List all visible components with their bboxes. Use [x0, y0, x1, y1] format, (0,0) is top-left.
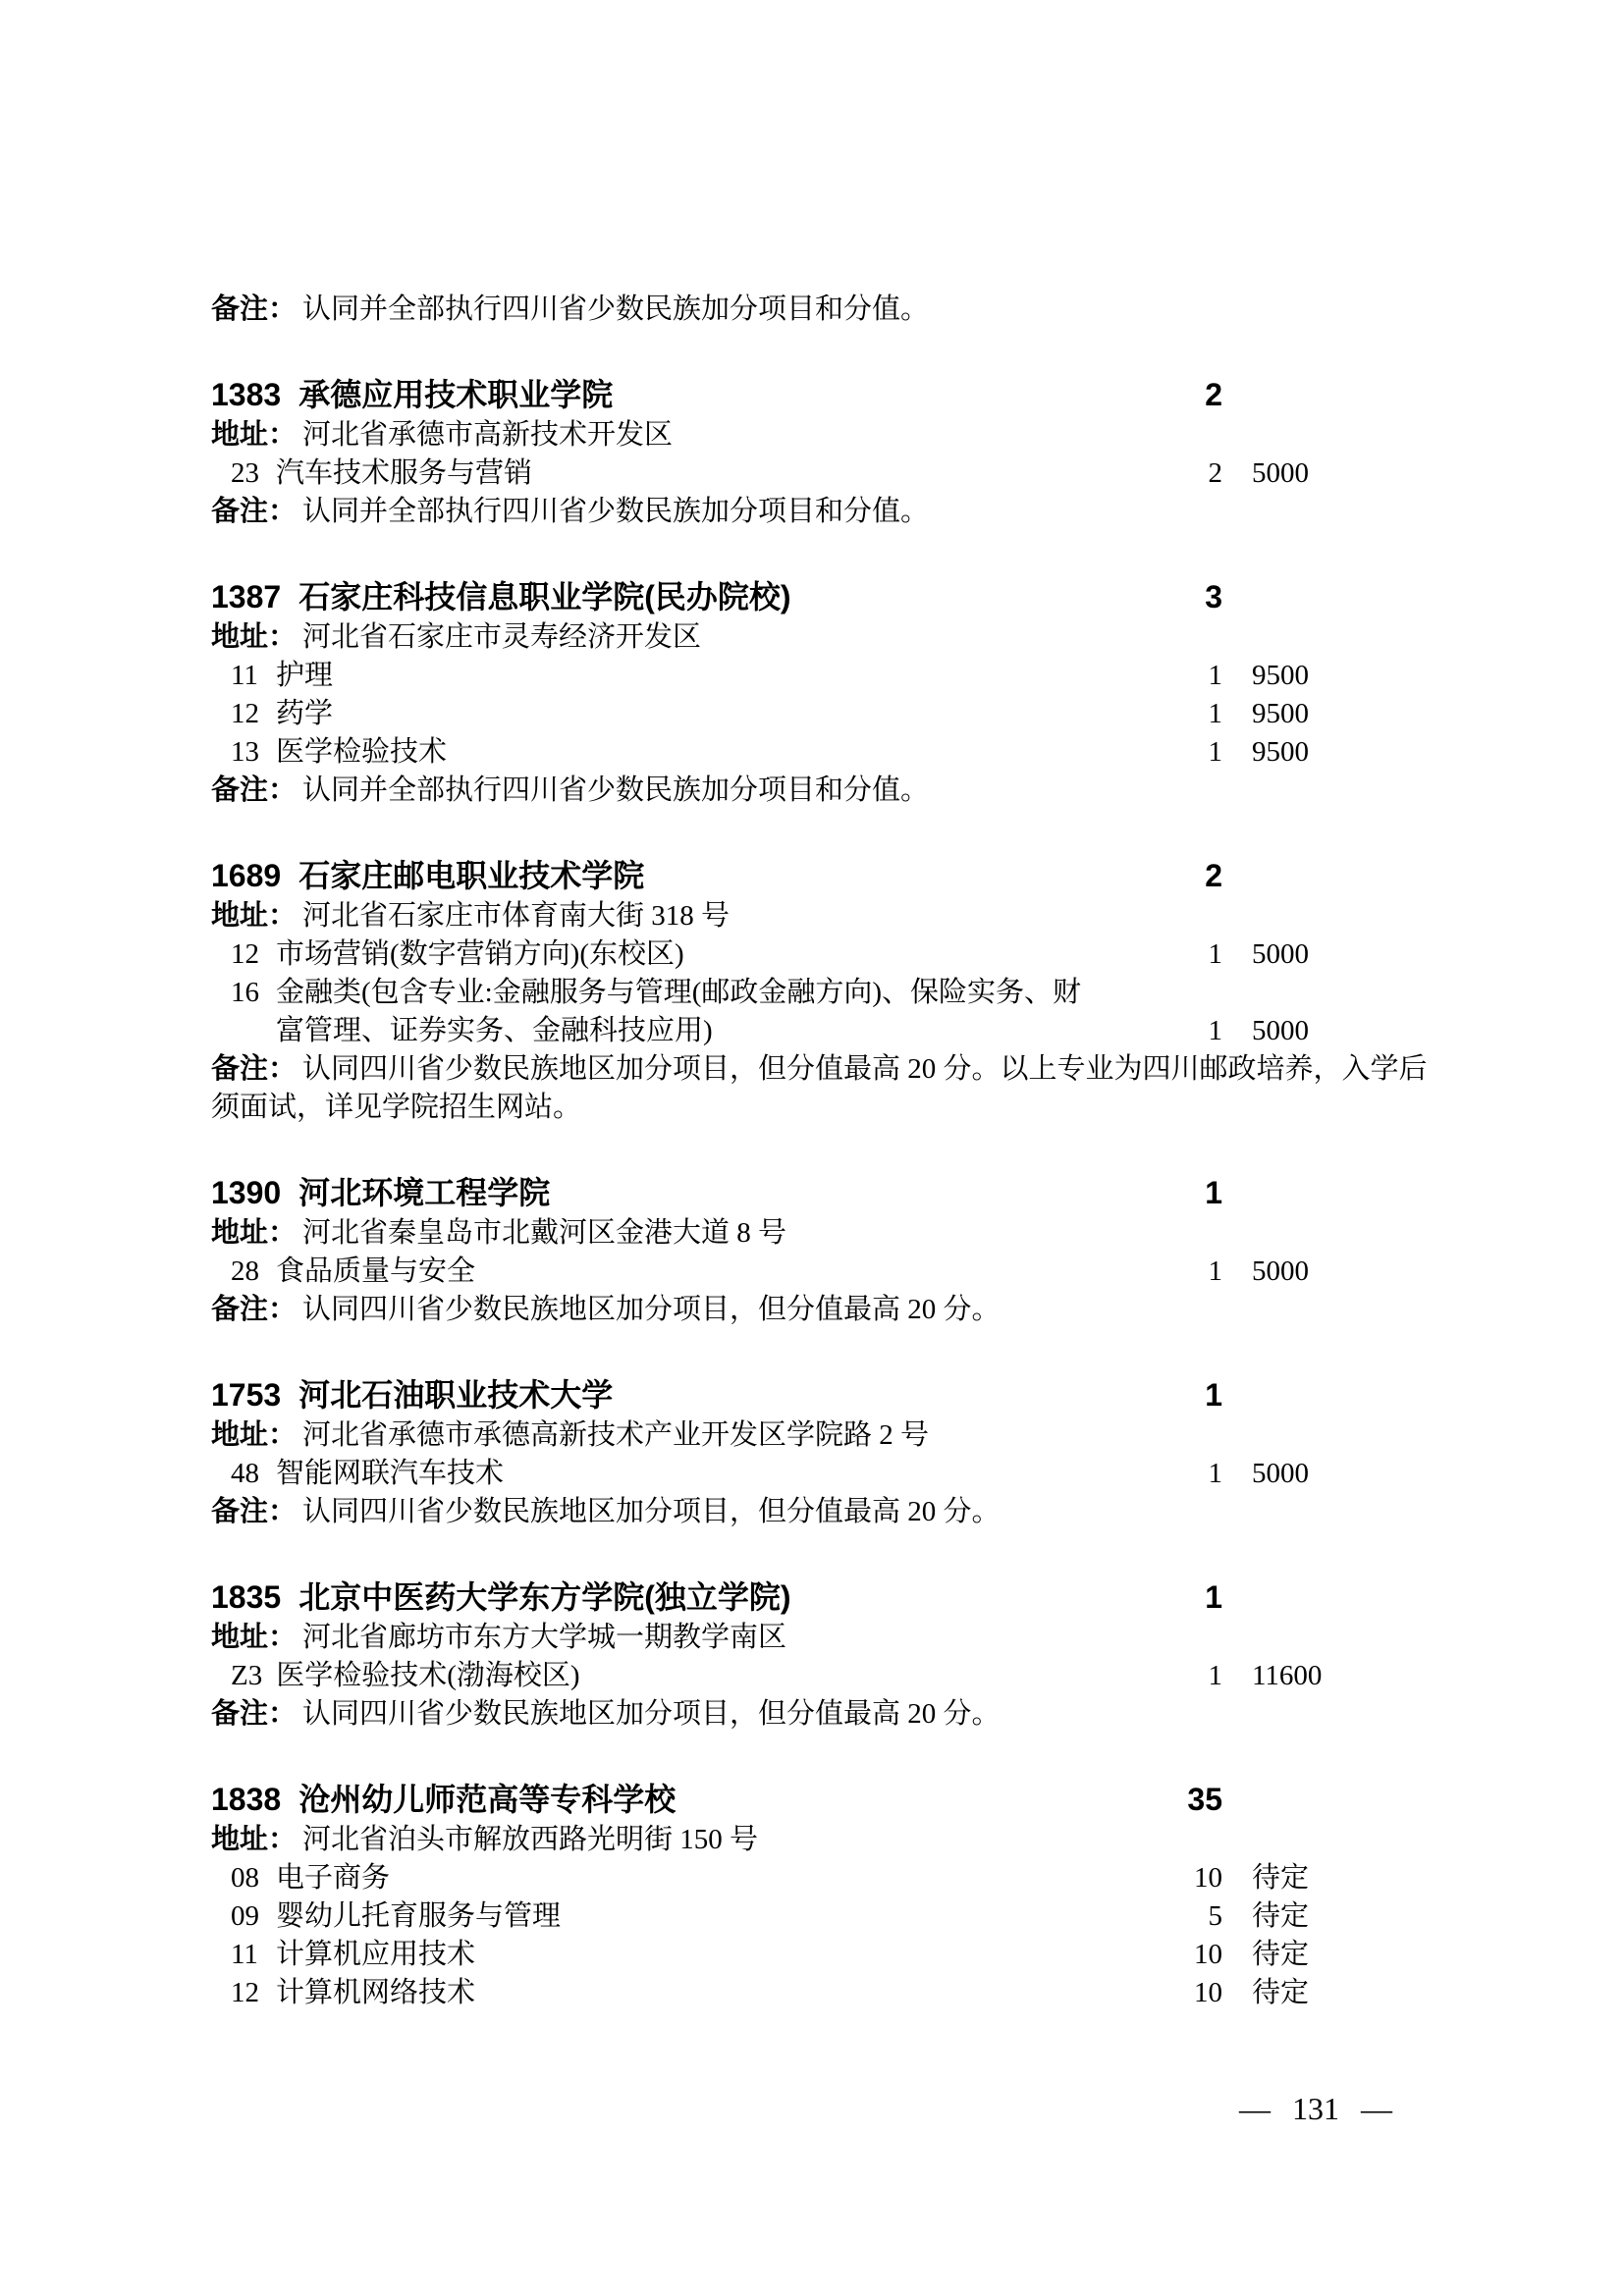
- major-row: 48智能网联汽车技术 1 5000: [211, 1455, 1429, 1493]
- school-block-1838: 1838沧州幼儿师范高等专科学校 35 地址：河北省泊头市解放西路光明街 150…: [211, 1778, 1429, 2012]
- school-total-quota: 1: [1205, 1575, 1222, 1619]
- address-text: 河北省泊头市解放西路光明街 150 号: [302, 1824, 758, 1855]
- major-name: 电子商务: [276, 1862, 390, 1894]
- school-address-line: 地址：河北省秦皇岛市北戴河区金港大道 8 号: [211, 1214, 1429, 1253]
- school-code: 1689: [211, 858, 281, 893]
- major-quota: 10: [1194, 1859, 1222, 1897]
- major-name: 智能网联汽车技术: [276, 1458, 504, 1489]
- school-address-line: 地址：河北省泊头市解放西路光明街 150 号: [211, 1821, 1429, 1859]
- school-name: 河北环境工程学院: [298, 1175, 550, 1210]
- school-name: 北京中医药大学东方学院(独立学院): [298, 1579, 790, 1615]
- major-row: 09婴幼儿托育服务与管理 5 待定: [211, 1897, 1429, 1936]
- school-header: 1838沧州幼儿师范高等专科学校 35: [211, 1778, 1429, 1821]
- school-name: 石家庄邮电职业技术学院: [298, 858, 644, 893]
- school-total-quota: 35: [1187, 1778, 1222, 1821]
- address-text: 河北省石家庄市体育南大街 318 号: [302, 900, 730, 932]
- school-header: 1689石家庄邮电职业技术学院 2: [211, 854, 1429, 897]
- page-number: — 131 —: [1239, 2089, 1392, 2128]
- school-block-1390: 1390河北环境工程学院 1 地址：河北省秦皇岛市北戴河区金港大道 8 号 28…: [211, 1171, 1429, 1329]
- address-text: 河北省承德市高新技术开发区: [302, 419, 673, 451]
- major-tuition: 待定: [1252, 1859, 1309, 1897]
- address-label: 地址：: [211, 419, 297, 451]
- school-header: 1753河北石油职业技术大学 1: [211, 1373, 1429, 1416]
- document-page: 备注：认同并全部执行四川省少数民族加分项目和分值。 1383承德应用技术职业学院…: [0, 0, 1624, 2296]
- address-label: 地址：: [211, 1419, 297, 1451]
- major-name: 医学检验技术(渤海校区): [276, 1660, 579, 1691]
- major-code: 16: [231, 974, 262, 1012]
- major-row: 28食品质量与安全 1 5000: [211, 1253, 1429, 1291]
- major-name-continued: 富管理、证券实务、金融科技应用): [276, 1015, 713, 1046]
- remark-label: 备注：: [211, 774, 297, 806]
- school-block-1387: 1387石家庄科技信息职业学院(民办院校) 3 地址：河北省石家庄市灵寿经济开发…: [211, 575, 1429, 810]
- school-address-line: 地址：河北省承德市高新技术开发区: [211, 416, 1429, 454]
- major-quota: 1: [1209, 935, 1223, 974]
- school-total-quota: 1: [1205, 1373, 1222, 1416]
- school-remark-continued: 须面试，详见学院招生网站。: [211, 1089, 1429, 1127]
- major-tuition: 9500: [1252, 733, 1309, 772]
- school-remark-line: 备注：认同四川省少数民族地区加分项目，但分值最高 20 分。: [211, 1493, 1429, 1531]
- major-code: 12: [231, 695, 262, 733]
- major-code: 09: [231, 1897, 262, 1936]
- major-quota: 5: [1209, 1897, 1223, 1936]
- major-code: 08: [231, 1859, 262, 1897]
- major-row: 12市场营销(数字营销方向)(东校区) 1 5000: [211, 935, 1429, 974]
- remark-text: 认同四川省少数民族地区加分项目，但分值最高 20 分。: [302, 1698, 1001, 1730]
- major-row: 12计算机网络技术 10 待定: [211, 1974, 1429, 2012]
- major-quota: 1: [1209, 695, 1223, 733]
- major-tuition: 9500: [1252, 657, 1309, 695]
- address-label: 地址：: [211, 1622, 297, 1653]
- remark-text: 认同四川省少数民族地区加分项目，但分值最高 20 分。: [302, 1496, 1001, 1527]
- major-quota: 10: [1194, 1936, 1222, 1974]
- school-header: 1383承德应用技术职业学院 2: [211, 373, 1429, 416]
- major-quota: 1: [1209, 1012, 1223, 1050]
- school-address-line: 地址：河北省石家庄市体育南大街 318 号: [211, 897, 1429, 935]
- major-name: 食品质量与安全: [276, 1255, 475, 1287]
- major-code: 13: [231, 733, 262, 772]
- address-label: 地址：: [211, 621, 297, 653]
- major-row: 08电子商务 10 待定: [211, 1859, 1429, 1897]
- school-total-quota: 2: [1205, 373, 1222, 416]
- school-code: 1835: [211, 1579, 281, 1615]
- school-remark-line: 备注：认同并全部执行四川省少数民族加分项目和分值。: [211, 493, 1429, 531]
- remark-label: 备注：: [211, 1496, 297, 1527]
- address-text: 河北省承德市承德高新技术产业开发区学院路 2 号: [302, 1419, 929, 1451]
- major-code: Z3: [231, 1657, 262, 1695]
- remark-label: 备注：: [211, 294, 297, 325]
- address-label: 地址：: [211, 900, 297, 932]
- school-code: 1387: [211, 579, 281, 614]
- major-quota: 1: [1209, 1455, 1223, 1493]
- school-remark-line: 备注：认同并全部执行四川省少数民族加分项目和分值。: [211, 772, 1429, 810]
- school-name: 河北石油职业技术大学: [298, 1377, 613, 1413]
- school-remark-line: 备注：认同四川省少数民族地区加分项目，但分值最高 20 分。以上专业为四川邮政培…: [211, 1050, 1429, 1089]
- address-text: 河北省廊坊市东方大学城一期教学南区: [302, 1622, 786, 1653]
- school-block-1689: 1689石家庄邮电职业技术学院 2 地址：河北省石家庄市体育南大街 318 号 …: [211, 854, 1429, 1127]
- page-number-text: — 131 —: [1239, 2091, 1392, 2126]
- school-address-line: 地址：河北省石家庄市灵寿经济开发区: [211, 618, 1429, 657]
- address-text: 河北省石家庄市灵寿经济开发区: [302, 621, 701, 653]
- major-quota: 10: [1194, 1974, 1222, 2012]
- school-address-line: 地址：河北省承德市承德高新技术产业开发区学院路 2 号: [211, 1416, 1429, 1455]
- major-code: 12: [231, 935, 262, 974]
- school-total-quota: 1: [1205, 1171, 1222, 1214]
- major-name: 金融类(包含专业:金融服务与管理(邮政金融方向)、保险实务、财: [276, 977, 1081, 1008]
- address-text: 河北省秦皇岛市北戴河区金港大道 8 号: [302, 1217, 786, 1249]
- major-quota: 1: [1209, 733, 1223, 772]
- major-tuition: 11600: [1252, 1657, 1322, 1695]
- remark-label: 备注：: [211, 1698, 297, 1730]
- remark-label: 备注：: [211, 496, 297, 527]
- major-name: 市场营销(数字营销方向)(东校区): [276, 938, 684, 970]
- major-row-wrapped-second-line: 富管理、证券实务、金融科技应用) 1 5000: [211, 1012, 1429, 1050]
- school-header: 1387石家庄科技信息职业学院(民办院校) 3: [211, 575, 1429, 618]
- major-tuition: 9500: [1252, 695, 1309, 733]
- major-tuition: 5000: [1252, 1253, 1309, 1291]
- major-tuition: 待定: [1252, 1897, 1309, 1936]
- school-address-line: 地址：河北省廊坊市东方大学城一期教学南区: [211, 1619, 1429, 1657]
- school-remark-line: 备注：认同四川省少数民族地区加分项目，但分值最高 20 分。: [211, 1695, 1429, 1734]
- school-total-quota: 3: [1205, 575, 1222, 618]
- orphan-remark-line: 备注：认同并全部执行四川省少数民族加分项目和分值。: [211, 291, 1429, 329]
- major-row: Z3医学检验技术(渤海校区) 1 11600: [211, 1657, 1429, 1695]
- major-code: 48: [231, 1455, 262, 1493]
- remark-text: 认同并全部执行四川省少数民族加分项目和分值。: [302, 496, 929, 527]
- major-row: 12药学 1 9500: [211, 695, 1429, 733]
- school-total-quota: 2: [1205, 854, 1222, 897]
- major-tuition: 5000: [1252, 935, 1309, 974]
- major-code: 11: [231, 1936, 262, 1974]
- major-tuition: 5000: [1252, 454, 1309, 493]
- remark-text: 认同四川省少数民族地区加分项目，但分值最高 20 分。: [302, 1294, 1001, 1325]
- school-block-1753: 1753河北石油职业技术大学 1 地址：河北省承德市承德高新技术产业开发区学院路…: [211, 1373, 1429, 1531]
- major-row: 13医学检验技术 1 9500: [211, 733, 1429, 772]
- major-quota: 1: [1209, 1657, 1223, 1695]
- school-remark-line: 备注：认同四川省少数民族地区加分项目，但分值最高 20 分。: [211, 1291, 1429, 1329]
- major-tuition: 待定: [1252, 1974, 1309, 2012]
- major-quota: 1: [1209, 657, 1223, 695]
- major-code: 28: [231, 1253, 262, 1291]
- major-quota: 1: [1209, 1253, 1223, 1291]
- major-name: 婴幼儿托育服务与管理: [276, 1900, 561, 1932]
- school-block-1835: 1835北京中医药大学东方学院(独立学院) 1 地址：河北省廊坊市东方大学城一期…: [211, 1575, 1429, 1734]
- address-label: 地址：: [211, 1217, 297, 1249]
- school-block-1383: 1383承德应用技术职业学院 2 地址：河北省承德市高新技术开发区 23汽车技术…: [211, 373, 1429, 531]
- school-code: 1390: [211, 1175, 281, 1210]
- major-name: 药学: [276, 698, 333, 729]
- major-name: 护理: [276, 660, 333, 691]
- school-code: 1838: [211, 1782, 281, 1817]
- remark-text-continued: 须面试，详见学院招生网站。: [211, 1092, 581, 1123]
- remark-label: 备注：: [211, 1294, 297, 1325]
- major-code: 12: [231, 1974, 262, 2012]
- major-code: 23: [231, 454, 262, 493]
- school-header: 1835北京中医药大学东方学院(独立学院) 1: [211, 1575, 1429, 1619]
- major-tuition: 待定: [1252, 1936, 1309, 1974]
- major-name: 计算机应用技术: [276, 1939, 475, 1970]
- major-name: 计算机网络技术: [276, 1977, 475, 2008]
- major-tuition: 5000: [1252, 1455, 1309, 1493]
- school-name: 沧州幼儿师范高等专科学校: [298, 1782, 676, 1817]
- school-header: 1390河北环境工程学院 1: [211, 1171, 1429, 1214]
- school-name: 石家庄科技信息职业学院(民办院校): [298, 579, 790, 614]
- major-row: 11护理 1 9500: [211, 657, 1429, 695]
- remark-label: 备注：: [211, 1053, 297, 1085]
- remark-text: 认同并全部执行四川省少数民族加分项目和分值。: [302, 294, 929, 325]
- school-code: 1383: [211, 377, 281, 412]
- remark-text: 认同并全部执行四川省少数民族加分项目和分值。: [302, 774, 929, 806]
- page-content: 备注：认同并全部执行四川省少数民族加分项目和分值。 1383承德应用技术职业学院…: [211, 291, 1429, 2012]
- major-tuition: 5000: [1252, 1012, 1309, 1050]
- major-quota: 2: [1209, 454, 1223, 493]
- major-name: 医学检验技术: [276, 736, 447, 768]
- major-name: 汽车技术服务与营销: [276, 457, 532, 489]
- major-row: 11计算机应用技术 10 待定: [211, 1936, 1429, 1974]
- school-name: 承德应用技术职业学院: [298, 377, 613, 412]
- major-code: 11: [231, 657, 262, 695]
- major-row-wrapped-first-line: 16金融类(包含专业:金融服务与管理(邮政金融方向)、保险实务、财: [211, 974, 1429, 1012]
- major-row: 23汽车技术服务与营销 2 5000: [211, 454, 1429, 493]
- school-code: 1753: [211, 1377, 281, 1413]
- remark-text: 认同四川省少数民族地区加分项目，但分值最高 20 分。以上专业为四川邮政培养，入…: [302, 1053, 1428, 1085]
- address-label: 地址：: [211, 1824, 297, 1855]
